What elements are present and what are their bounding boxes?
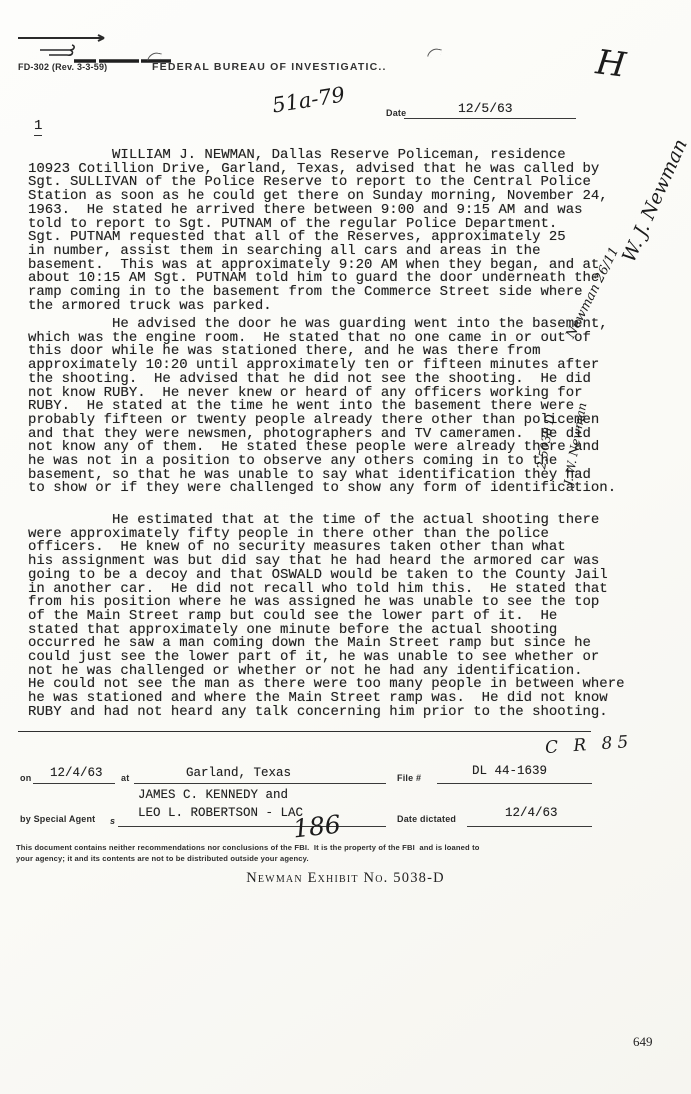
special-agent-label: by Special Agent [20,814,95,824]
page-number-bottom: 649 [633,1034,653,1050]
handwritten-letter-h: H [594,42,628,85]
exhibit-caption: Newman Exhibit No. 5038-D [0,870,691,887]
body-paragraph-2: He advised the door he was guarding went… [28,318,616,496]
body-paragraph-3: He estimated that at the time of the act… [28,514,625,720]
agent-underline [118,826,386,827]
handwritten-file-note: 51a-79 [271,82,347,117]
at-underline [134,783,386,784]
handwritten-signature: W. J. Newman [618,136,691,266]
date-underline [404,118,576,119]
file-number-underline [437,783,592,784]
at-label: at [121,773,129,783]
page-number-top: 1 [34,120,42,136]
document-page: FD-302 (Rev. 3-3-59) FEDERAL BUREAU OF I… [0,0,691,1094]
agent-name-2: LEO L. ROBERTSON - LAC [138,806,303,820]
scan-curl-mark [427,47,442,59]
date-dictated-label: Date dictated [397,814,456,824]
form-number: FD-302 (Rev. 3-3-59) [18,62,107,72]
date-dictated-value: 12/4/63 [505,806,558,820]
special-agent-suffix: s [110,816,115,826]
agent-name-1: JAMES C. KENNEDY and [138,788,288,802]
body-paragraph-1: WILLIAM J. NEWMAN, Dallas Reserve Police… [28,149,608,313]
disclaimer-text: This document contains neither recommend… [16,842,480,864]
at-value: Garland, Texas [186,766,291,780]
on-value: 12/4/63 [50,766,103,780]
file-number-value: DL 44-1639 [472,764,547,778]
date-label: Date [386,108,406,118]
date-dictated-underline [467,826,592,827]
handwritten-page-note: 186 [292,810,342,844]
file-number-label: File # [397,773,421,783]
on-label: on [20,773,31,783]
date-value: 12/5/63 [458,101,513,116]
footer-rule [18,731,591,732]
agency-title: FEDERAL BUREAU OF INVESTIGATIC.. [152,61,387,73]
handwritten-cr-note: C R 85 [544,732,633,758]
on-underline [33,783,115,784]
